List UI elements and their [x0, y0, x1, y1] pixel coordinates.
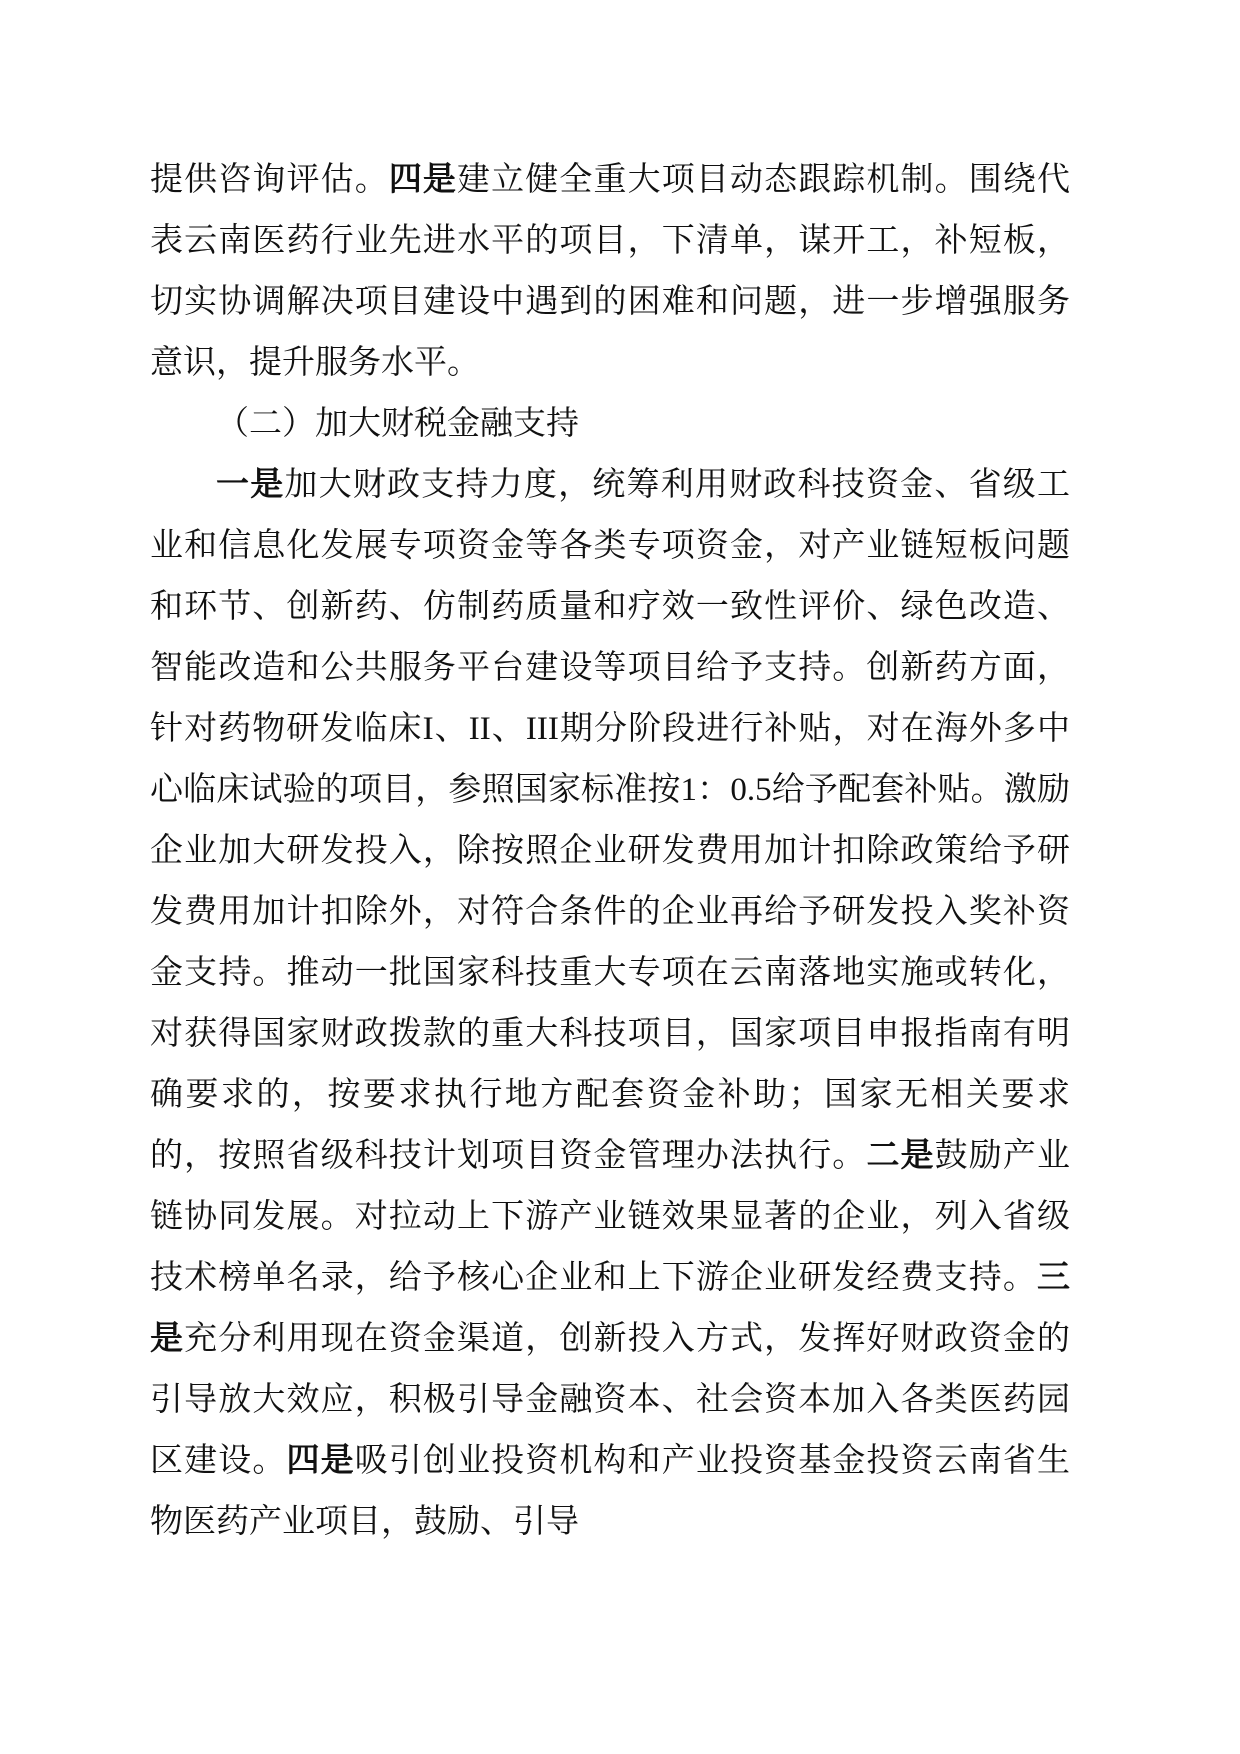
heading-text: （二）加大财税金融支持	[216, 406, 579, 442]
text-run-bold-ershi: 二是	[866, 1138, 934, 1174]
text-run-bold-yishi: 一是	[216, 467, 284, 503]
text-run: 加大财政支持力度，统筹利用财政科技资金、省级工业和信息化发展专项资金等各类专项资…	[150, 467, 1070, 1174]
paragraph-fiscal-support-measures: 一是加大财政支持力度，统筹利用财政科技资金、省级工业和信息化发展专项资金等各类专…	[150, 455, 1070, 1553]
text-run-bold-sishi-2: 四是	[286, 1443, 354, 1479]
text-run: 提供咨询评估。	[150, 162, 389, 198]
document-body: 提供咨询评估。四是建立健全重大项目动态跟踪机制。围绕代表云南医药行业先进水平的项…	[150, 150, 1070, 1553]
section-heading-fiscal-finance-support: （二）加大财税金融支持	[150, 394, 1070, 455]
text-run-bold-sishi: 四是	[389, 162, 457, 198]
document-page: 提供咨询评估。四是建立健全重大项目动态跟踪机制。围绕代表云南医药行业先进水平的项…	[0, 0, 1240, 1754]
paragraph-project-tracking: 提供咨询评估。四是建立健全重大项目动态跟踪机制。围绕代表云南医药行业先进水平的项…	[150, 150, 1070, 394]
